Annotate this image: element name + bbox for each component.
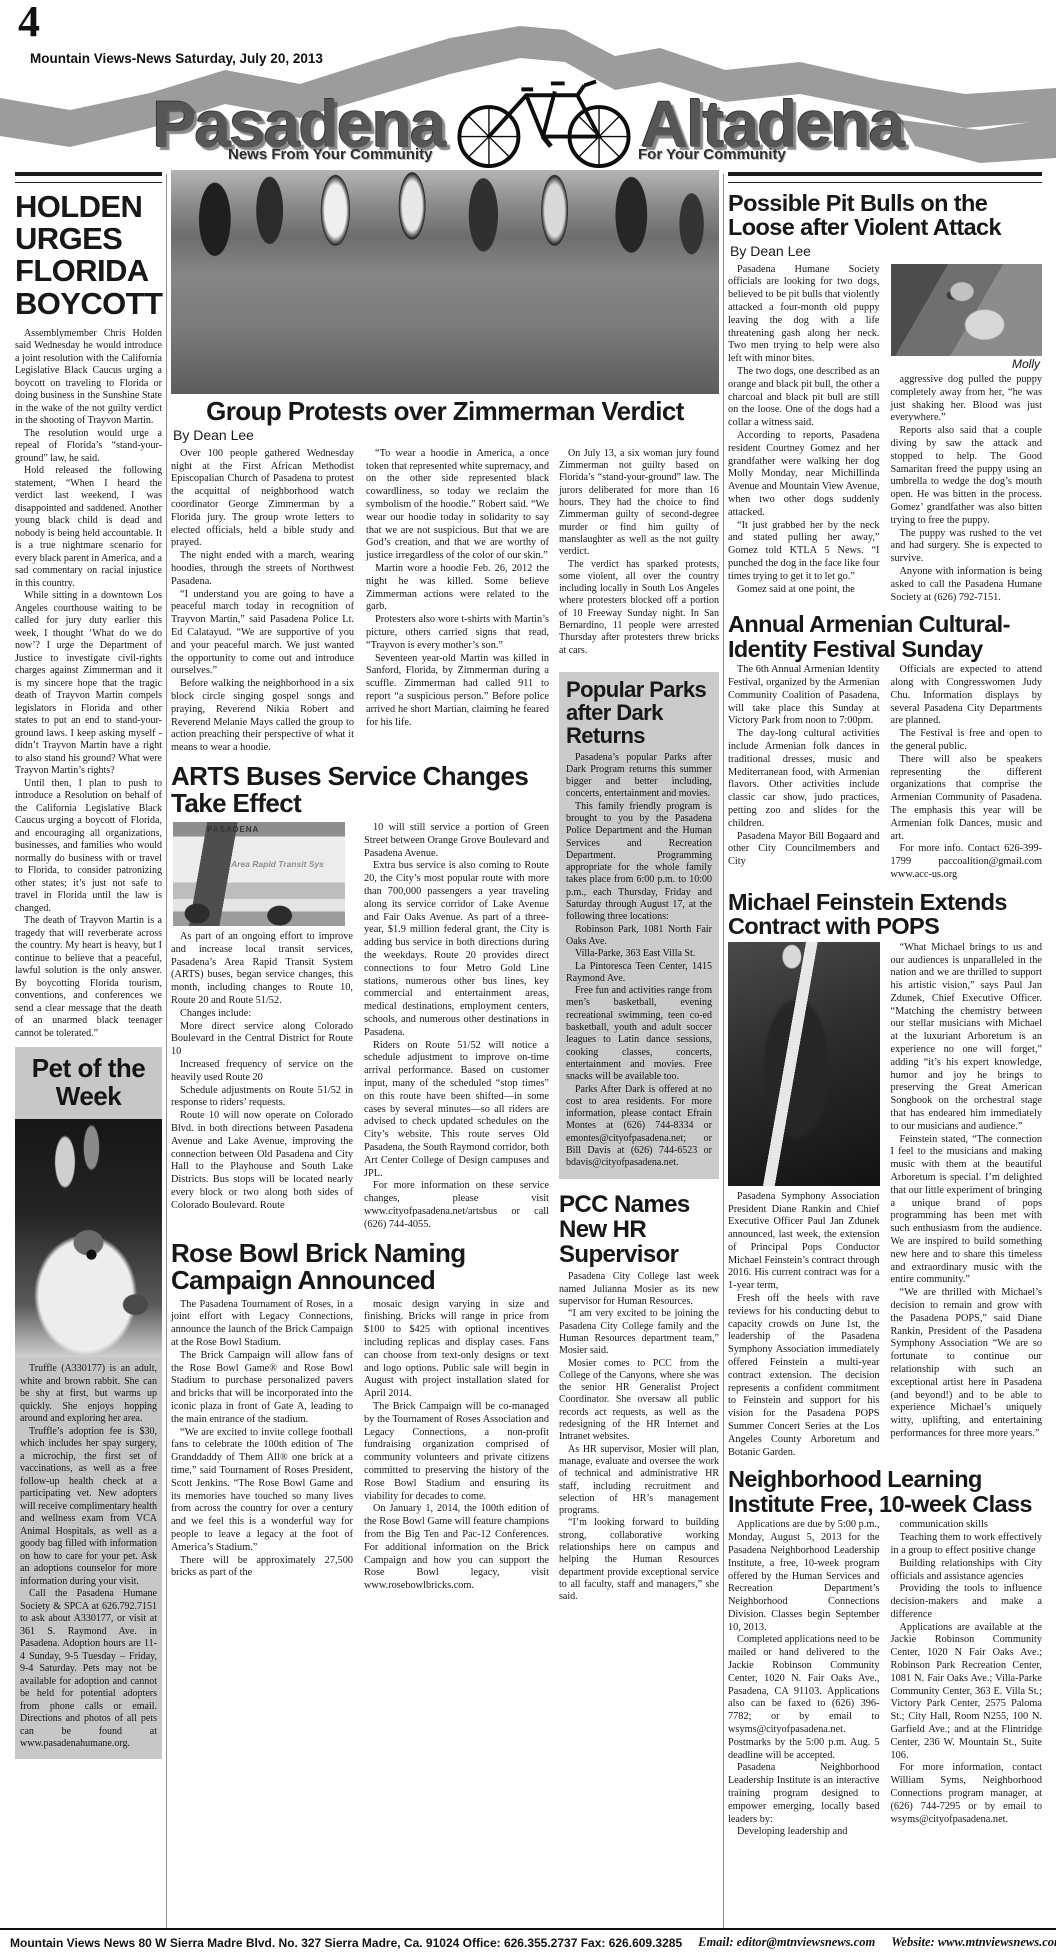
left-column: HOLDEN URGES FLORIDA BOYCOTT Assemblymem…: [15, 170, 162, 1930]
paragraph: Assemblymember Chris Holden said Wednesd…: [15, 328, 162, 428]
paragraph: Truffle (A330177) is an adult, white and…: [20, 1363, 157, 1426]
paragraph: This family friendly program is brought …: [566, 801, 712, 924]
middle-right-subcolumn: On July 13, a six woman jury found Zimme…: [559, 448, 719, 1604]
page-content: HOLDEN URGES FLORIDA BOYCOTT Assemblymem…: [0, 168, 1056, 1930]
paragraph: Over 100 people gathered Wednesday night…: [171, 448, 354, 550]
paragraph: Feinstein stated, “The connection I feel…: [891, 1134, 1043, 1288]
paragraph: Changes include:: [171, 1008, 353, 1021]
newspaper-page: 4 Mountain Views-News Saturday, July 20,…: [0, 0, 1056, 1955]
paragraph: Parks After Dark is offered at no cost t…: [566, 1084, 712, 1170]
arts-headline: ARTS Buses Service Changes Take Effect: [171, 763, 549, 817]
footer-address: Mountain Views News 80 W Sierra Madre Bl…: [10, 1937, 682, 1949]
neighborhood-article: Applications are due by 5:00 p.m., Monda…: [728, 1519, 1042, 1839]
feinstein-headline: Michael Feinstein Extends Contract with …: [728, 890, 1042, 939]
paragraph: Martin wore a hoodie Feb. 26, 2012 the n…: [366, 563, 549, 614]
paragraph: “To wear a hoodie in America, a once tok…: [366, 448, 549, 563]
dog-photo: [891, 264, 1043, 356]
feinstein-col1-wrap: Pasadena Symphony Association President …: [728, 942, 880, 1460]
paragraph: For more info. Contact 626-399-1799 pacc…: [891, 843, 1043, 881]
arts-column-1: PASADENA Area Rapid Transit Sys As part …: [171, 822, 353, 1232]
paragraph: “We are thrilled with Michael’s decision…: [891, 1287, 1043, 1441]
paragraph: Pasadena Symphony Association President …: [728, 1191, 880, 1293]
paragraph: Providing the tools to influence decisio…: [891, 1583, 1043, 1621]
paragraph: Applications are due by 5:00 p.m., Monda…: [728, 1519, 880, 1634]
paragraph: The Festival is free and open to the gen…: [891, 728, 1043, 754]
paragraph: While sitting in a downtown Los Angeles …: [15, 590, 162, 778]
armenian-body-col1: The 6th Annual Armenian Identity Festiva…: [728, 664, 880, 882]
protest-march-photo: [171, 170, 719, 394]
paragraph: Hold released the following statement, “…: [15, 465, 162, 590]
paragraph: Gomez said at one point, the: [728, 584, 880, 597]
neighborhood-body-col2: communication skillsTeaching them to wor…: [891, 1519, 1043, 1839]
page-footer: Mountain Views News 80 W Sierra Madre Bl…: [0, 1928, 1056, 1955]
paragraph: As HR supervisor, Mosier will plan, mana…: [559, 1444, 719, 1518]
pitbulls-body-col2: aggressive dog pulled the puppy complete…: [891, 374, 1043, 604]
tagline-left: News From Your Community: [228, 147, 432, 162]
paragraph: The Brick Campaign will allow fans of th…: [171, 1350, 353, 1427]
paragraph: La Pintoresca Teen Center, 1415 Raymond …: [566, 961, 712, 986]
parks-headline: Popular Parks after Dark Returns: [566, 679, 712, 748]
paragraph: The verdict has sparked protests, some v…: [559, 559, 719, 657]
paragraph: The resolution would urge a repeal of Fl…: [15, 428, 162, 466]
armenian-article: The 6th Annual Armenian Identity Festiva…: [728, 664, 1042, 882]
paragraph: Route 10 will now operate on Colorado Bl…: [171, 1110, 353, 1212]
paragraph: Protesters also wore t-shirts with Marti…: [366, 614, 549, 652]
neighborhood-headline: Neighborhood Learning Institute Free, 10…: [728, 1467, 1042, 1516]
paragraph: The puppy was rushed to the vet and had …: [891, 528, 1043, 566]
paragraph: 10 will still service a portion of Green…: [364, 822, 549, 860]
paragraph: The Brick Campaign will be co-managed by…: [364, 1401, 549, 1503]
arts-body-col1: As part of an ongoing effort to improve …: [171, 931, 353, 1213]
feinstein-article: Pasadena Symphony Association President …: [728, 942, 1042, 1460]
paragraph: For more information, contact William Sy…: [891, 1762, 1043, 1826]
paragraph: Seventeen year-old Martin was killed in …: [366, 653, 549, 730]
middle-left-subcolumn: Over 100 people gathered Wednesday night…: [171, 448, 549, 1604]
paragraph: The two dogs, one described as an orange…: [728, 366, 880, 430]
arts-article: PASADENA Area Rapid Transit Sys As part …: [171, 822, 549, 1232]
pitbulls-col2-wrap: Molly aggressive dog pulled the puppy co…: [891, 264, 1043, 605]
paragraph: Officials are expected to attend along w…: [891, 664, 1043, 728]
paragraph: Pasadena City College last week named Ju…: [559, 1271, 719, 1308]
paragraph: aggressive dog pulled the puppy complete…: [891, 374, 1043, 425]
paragraph: Fresh off the heels with rave reviews fo…: [728, 1293, 880, 1459]
armenian-headline: Annual Armenian Cultural-Identity Festiv…: [728, 612, 1042, 661]
dog-photo-caption: Molly: [891, 357, 1041, 371]
paragraph: Reports also said that a couple diving b…: [891, 425, 1043, 527]
paragraph: Developing leadership and: [728, 1826, 880, 1839]
holden-headline: HOLDEN URGES FLORIDA BOYCOTT: [15, 191, 162, 320]
armenian-body-col2: Officials are expected to attend along w…: [891, 664, 1043, 882]
paragraph: “What Michael brings to us and our audie…: [891, 942, 1043, 1134]
middle-column: Group Protests over Zimmerman Verdict By…: [171, 170, 719, 1930]
neighborhood-body-col1: Applications are due by 5:00 p.m., Monda…: [728, 1519, 880, 1839]
double-rule: [15, 172, 162, 183]
paragraph: Extra bus service is also coming to Rout…: [364, 860, 549, 1039]
paragraph: Applications are available at the Jackie…: [891, 1622, 1043, 1763]
bicycle-icon: [443, 52, 643, 168]
rosebowl-body-col2: mosaic design varying in size and finish…: [364, 1299, 549, 1593]
edition-line: Mountain Views-News Saturday, July 20, 2…: [30, 52, 323, 66]
paragraph: Teaching them to work effectively in a g…: [891, 1532, 1043, 1558]
rabbit-photo: [15, 1119, 162, 1357]
middle-lower-region: Over 100 people gathered Wednesday night…: [171, 448, 719, 1604]
pitbulls-byline: By Dean Lee: [730, 243, 1042, 260]
paragraph: On July 13, a six woman jury found Zimme…: [559, 448, 719, 559]
parks-body: Pasadena’s popular Parks after Dark Prog…: [566, 752, 712, 1170]
paragraph: Villa-Parke, 363 East Villa St.: [566, 948, 712, 960]
paragraph: As part of an ongoing effort to improve …: [171, 931, 353, 1008]
zimmerman-byline: By Dean Lee: [173, 427, 719, 444]
bus-photo-brand-text: PASADENA: [207, 826, 259, 834]
pet-of-week-title: Pet of the Week: [15, 1047, 162, 1119]
zimmerman-headline: Group Protests over Zimmerman Verdict: [171, 398, 719, 425]
rosebowl-headline: Rose Bowl Brick Naming Campaign Announce…: [171, 1240, 549, 1294]
paragraph: Riders on Route 51/52 will notice a sche…: [364, 1040, 549, 1181]
pcc-body: Pasadena City College last week named Ju…: [559, 1271, 719, 1603]
parks-after-dark-box: Popular Parks after Dark Returns Pasaden…: [559, 672, 719, 1179]
paragraph: Schedule adjustments on Route 51/52 in r…: [171, 1085, 353, 1111]
paragraph: Anyone with information is being asked t…: [891, 566, 1043, 604]
masthead-brand: Pasadena Altadena: [0, 78, 1056, 168]
paragraph: “I understand you are going to have a pe…: [171, 589, 354, 679]
paragraph: Robinson Park, 1081 North Fair Oaks Ave.: [566, 924, 712, 949]
arts-bus-photo: PASADENA Area Rapid Transit Sys: [173, 822, 345, 926]
masthead: 4 Mountain Views-News Saturday, July 20,…: [0, 0, 1056, 168]
paragraph: communication skills: [891, 1519, 1043, 1532]
paragraph: Truffle’s adoption fee is $30, which inc…: [20, 1426, 157, 1589]
rosebowl-body-col1: The Pasadena Tournament of Roses, in a j…: [171, 1299, 353, 1593]
pitbulls-body-col1: Pasadena Humane Society officials are lo…: [728, 264, 880, 605]
right-column: Possible Pit Bulls on the Loose after Vi…: [728, 170, 1042, 1930]
bus-photo-side-text: Area Rapid Transit Sys: [231, 860, 324, 869]
tagline-right: For Your Community: [638, 147, 786, 162]
paragraph: Pasadena’s popular Parks after Dark Prog…: [566, 752, 712, 801]
vertical-rule-left: [166, 174, 167, 1930]
holden-body: Assemblymember Chris Holden said Wednesd…: [15, 328, 162, 1041]
page-number: 4: [18, 0, 40, 44]
feinstein-body-col2: “What Michael brings to us and our audie…: [891, 942, 1043, 1460]
paragraph: Pasadena Humane Society officials are lo…: [728, 264, 880, 366]
paragraph: “I am very excited to be joining the Pas…: [559, 1308, 719, 1357]
paragraph: mosaic design varying in size and finish…: [364, 1299, 549, 1401]
pitbulls-headline: Possible Pit Bulls on the Loose after Vi…: [728, 191, 1042, 240]
paragraph: “It just grabbed her by the neck and sta…: [728, 520, 880, 584]
paragraph: Completed applications need to be mailed…: [728, 1634, 880, 1762]
paragraph: Before walking the neighborhood in a six…: [171, 678, 354, 755]
pitbulls-article: Pasadena Humane Society officials are lo…: [728, 264, 1042, 605]
arts-body-col2: 10 will still service a portion of Green…: [364, 822, 549, 1232]
double-rule: [728, 172, 1042, 183]
paragraph: For more information on these service ch…: [364, 1180, 549, 1231]
paragraph: There will be approximately 27,500 brick…: [171, 1555, 353, 1581]
paragraph: Free fun and activities range from men’s…: [566, 985, 712, 1083]
paragraph: The day-long cultural activities include…: [728, 728, 880, 830]
paragraph: Mosier comes to PCC from the College of …: [559, 1358, 719, 1444]
feinstein-body-col1: Pasadena Symphony Association President …: [728, 1191, 880, 1460]
paragraph: The Pasadena Tournament of Roses, in a j…: [171, 1299, 353, 1350]
footer-website: Website: www.mtnviewsnews.com: [891, 1936, 1056, 1949]
paragraph: According to reports, Pasadena resident …: [728, 430, 880, 520]
paragraph: The 6th Annual Armenian Identity Festiva…: [728, 664, 880, 728]
feinstein-photo: [728, 942, 880, 1186]
paragraph: On January 1, 2014, the 100th edition of…: [364, 1503, 549, 1593]
paragraph: The night ended with a march, wearing ho…: [171, 550, 354, 588]
paragraph: There will also be speakers representing…: [891, 754, 1043, 844]
zimmerman-body-col3: On July 13, a six woman jury found Zimme…: [559, 448, 719, 657]
paragraph: Pasadena Neighborhood Leadership Institu…: [728, 1762, 880, 1826]
paragraph: “We are excited to invite college footba…: [171, 1427, 353, 1555]
paragraph: Call the Pasadena Humane Society & SPCA …: [20, 1588, 157, 1751]
zimmerman-body: Over 100 people gathered Wednesday night…: [171, 448, 549, 755]
pet-of-week-body: Truffle (A330177) is an adult, white and…: [15, 1357, 162, 1759]
footer-email: Email: editor@mtnviewsnews.com: [698, 1936, 875, 1949]
paragraph: The death of Trayvon Martin is a tragedy…: [15, 915, 162, 1040]
paragraph: Until then, I plan to push to introduce …: [15, 778, 162, 916]
vertical-rule-right: [723, 174, 724, 1930]
paragraph: Building relationships with City officia…: [891, 1558, 1043, 1584]
paragraph: “I’m looking forward to building strong,…: [559, 1517, 719, 1603]
pcc-headline: PCC Names New HR Supervisor: [559, 1193, 719, 1268]
paragraph: Pasadena Mayor Bill Bogaard and other Ci…: [728, 831, 880, 869]
paragraph: Increased frequency of service on the he…: [171, 1059, 353, 1085]
rosebowl-article: The Pasadena Tournament of Roses, in a j…: [171, 1299, 549, 1593]
paragraph: More direct service along Colorado Boule…: [171, 1021, 353, 1059]
